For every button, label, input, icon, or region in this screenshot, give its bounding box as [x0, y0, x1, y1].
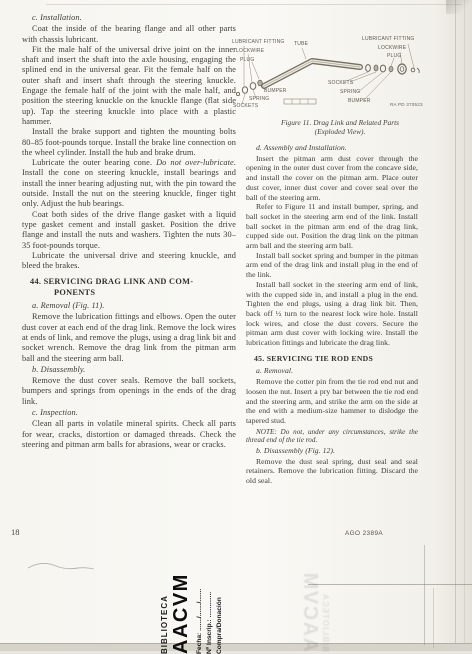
paragraph: Install ball socket in the steering arm …	[246, 280, 418, 348]
figure-label-lockwire-right: LOCKWIRE	[378, 45, 406, 51]
paragraph: Remove the cotter pin from the tie rod e…	[246, 377, 418, 426]
paragraph-emphasis: Do not over-lubricate.	[156, 158, 236, 167]
figure-caption-line: Figure 11. Drag Link and Related Parts	[281, 118, 399, 127]
figure-label-lubricant-fitting-left: LUBRICANT FITTING	[232, 39, 284, 45]
paragraph: Refer to Figure 11 and install bumper, s…	[246, 202, 418, 251]
stamp-inscription-field: Nº Inscrip.: ..............	[206, 538, 213, 650]
figure-label-sockets-right: SOCKETS	[328, 80, 353, 86]
heading-assembly-installation: d. Assembly and Installation.	[246, 143, 418, 153]
paragraph-text: Install the cone on steering knuckle, in…	[22, 168, 236, 208]
heading-installation: c. Installation.	[22, 13, 236, 23]
paragraph: Remove the dust cover seals. Remove the …	[22, 376, 236, 407]
paragraph: Coat both sides of the drive flange gask…	[22, 210, 236, 251]
scan-crease	[433, 588, 434, 648]
scanned-page: c. Installation. Coat the inside of the …	[0, 0, 472, 650]
figure-label-lockwire-left: LOCKWIRE	[236, 48, 264, 54]
section-heading-44: 44. SERVICING DRAG LINK AND COM- PONENTS	[22, 277, 236, 298]
ghost-library-label: BIBLIOTECA	[321, 542, 330, 650]
stamp-library-label: BIBLIOTECA	[160, 538, 169, 650]
pen-mark	[26, 558, 96, 574]
paragraph: Install the brake support and tighten th…	[22, 127, 236, 158]
figure-label-plug-left: PLUG	[240, 57, 254, 63]
paragraph: Clean all parts in volatile mineral spir…	[22, 419, 236, 450]
paragraph: Remove the lubrication fittings and elbo…	[22, 312, 236, 363]
figure-label-plug-right: PLUG	[387, 53, 401, 59]
paragraph: Install ball socket spring and bumper in…	[246, 251, 418, 280]
figure-caption-line: (Exploded View).	[315, 127, 366, 136]
paragraph: Lubricate the universal drive and steeri…	[22, 251, 236, 272]
figure-label-spring-right: SPRING	[340, 89, 360, 95]
heading-disassembly: b. Disassembly.	[22, 365, 236, 375]
section-heading-line: PONENTS	[22, 288, 236, 298]
figure-label-bumper-left: BUMPER	[264, 88, 287, 94]
figure-caption: Figure 11. Drag Link and Related Parts (…	[252, 118, 428, 136]
figure-label-lubricant-fitting-right: LUBRICANT FITTING	[362, 36, 414, 42]
footer-code: AGO 2389A	[345, 530, 383, 537]
scan-right-edge-line-2	[464, 0, 465, 650]
right-column: d. Assembly and Installation. Insert the…	[246, 142, 418, 486]
paragraph: Remove the dust seal spring, dust seal a…	[246, 457, 418, 486]
figure-11-drag-link-diagram: LUBRICANT FITTING LOCKWIRE PLUG BUMPER S…	[232, 24, 460, 116]
scan-top-edge-line	[46, 4, 462, 5]
stamp-acronym: AACVM	[170, 538, 193, 650]
scan-corner-smudge	[446, 0, 472, 14]
stamp-ink-ghost: BIBLIOTECA AACVM	[230, 552, 340, 642]
figure-label-tube: TUBE	[294, 41, 308, 47]
stamp-date-field: Fecha: ......./......./.......	[196, 538, 203, 650]
page-number: 18	[11, 527, 20, 537]
section-heading-45: 45. SERVICING TIE ROD ENDS	[246, 354, 418, 364]
figure-label-spring-left: SPRING	[249, 96, 269, 102]
note-paragraph: NOTE: Do not, under any circumstances, s…	[246, 428, 418, 445]
paragraph: Lubricate the outer bearing cone. Do not…	[22, 158, 236, 209]
scan-crease	[424, 545, 425, 645]
stamp-ink-ghost-content: BIBLIOTECA AACVM	[240, 542, 330, 650]
figure-label-sockets-left: SOCKETS	[233, 103, 258, 109]
figure-label-bumper-right: BUMPER	[348, 98, 371, 104]
section-heading-line: 44. SERVICING DRAG LINK AND COM-	[22, 277, 236, 287]
paragraph: Fit the male half of the universal drive…	[22, 45, 236, 127]
heading-removal: a. Removal.	[246, 366, 418, 376]
left-column: c. Installation. Coat the inside of the …	[22, 12, 236, 450]
figure-plate-id: RA PD 370523	[390, 102, 423, 107]
heading-inspection: c. Inspection.	[22, 408, 236, 418]
heading-disassembly: b. Disassembly (Fig. 12).	[246, 446, 418, 456]
drag-link-exploded-view-drawing	[232, 24, 460, 116]
stamp-acquisition-field: Compra/Donación	[216, 538, 223, 650]
paragraph-text: Lubricate the outer bearing cone.	[32, 158, 156, 167]
paragraph: Insert the pitman arm dust cover through…	[246, 154, 418, 203]
heading-removal: a. Removal (Fig. 11).	[22, 301, 236, 311]
paragraph: Coat the inside of the bearing flange an…	[22, 24, 236, 45]
ghost-acronym: AACVM	[298, 542, 321, 650]
